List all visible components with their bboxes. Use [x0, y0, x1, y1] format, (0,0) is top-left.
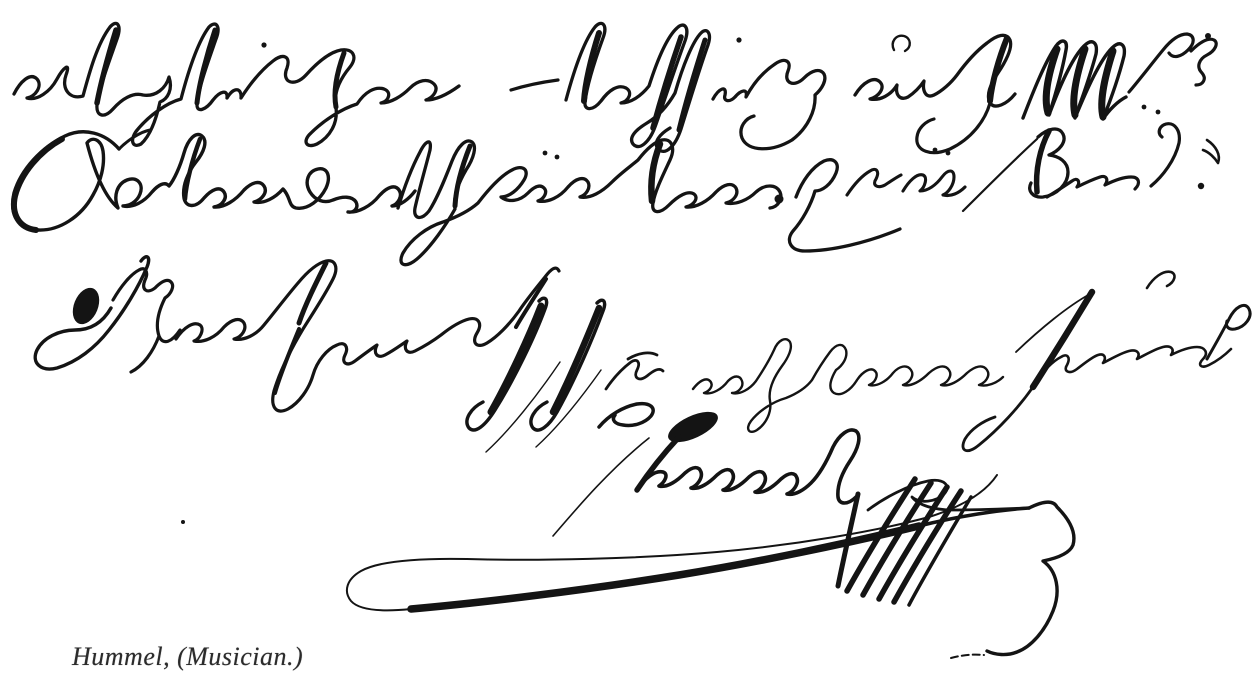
handwriting-line-4: [467, 272, 1250, 452]
handwriting-artwork: [0, 0, 1260, 689]
handwriting-line-3: [35, 257, 559, 411]
signature-flourish: [181, 475, 1074, 658]
ink-speck: [181, 520, 185, 524]
printed-caption: Hummel, (Musician.): [72, 642, 303, 672]
letter-page: desgleichen lasse ich auch Mrs Anderson …: [0, 0, 1260, 689]
handwriting-line-1: [14, 23, 1219, 163]
handwriting-line-2: [13, 124, 1205, 265]
